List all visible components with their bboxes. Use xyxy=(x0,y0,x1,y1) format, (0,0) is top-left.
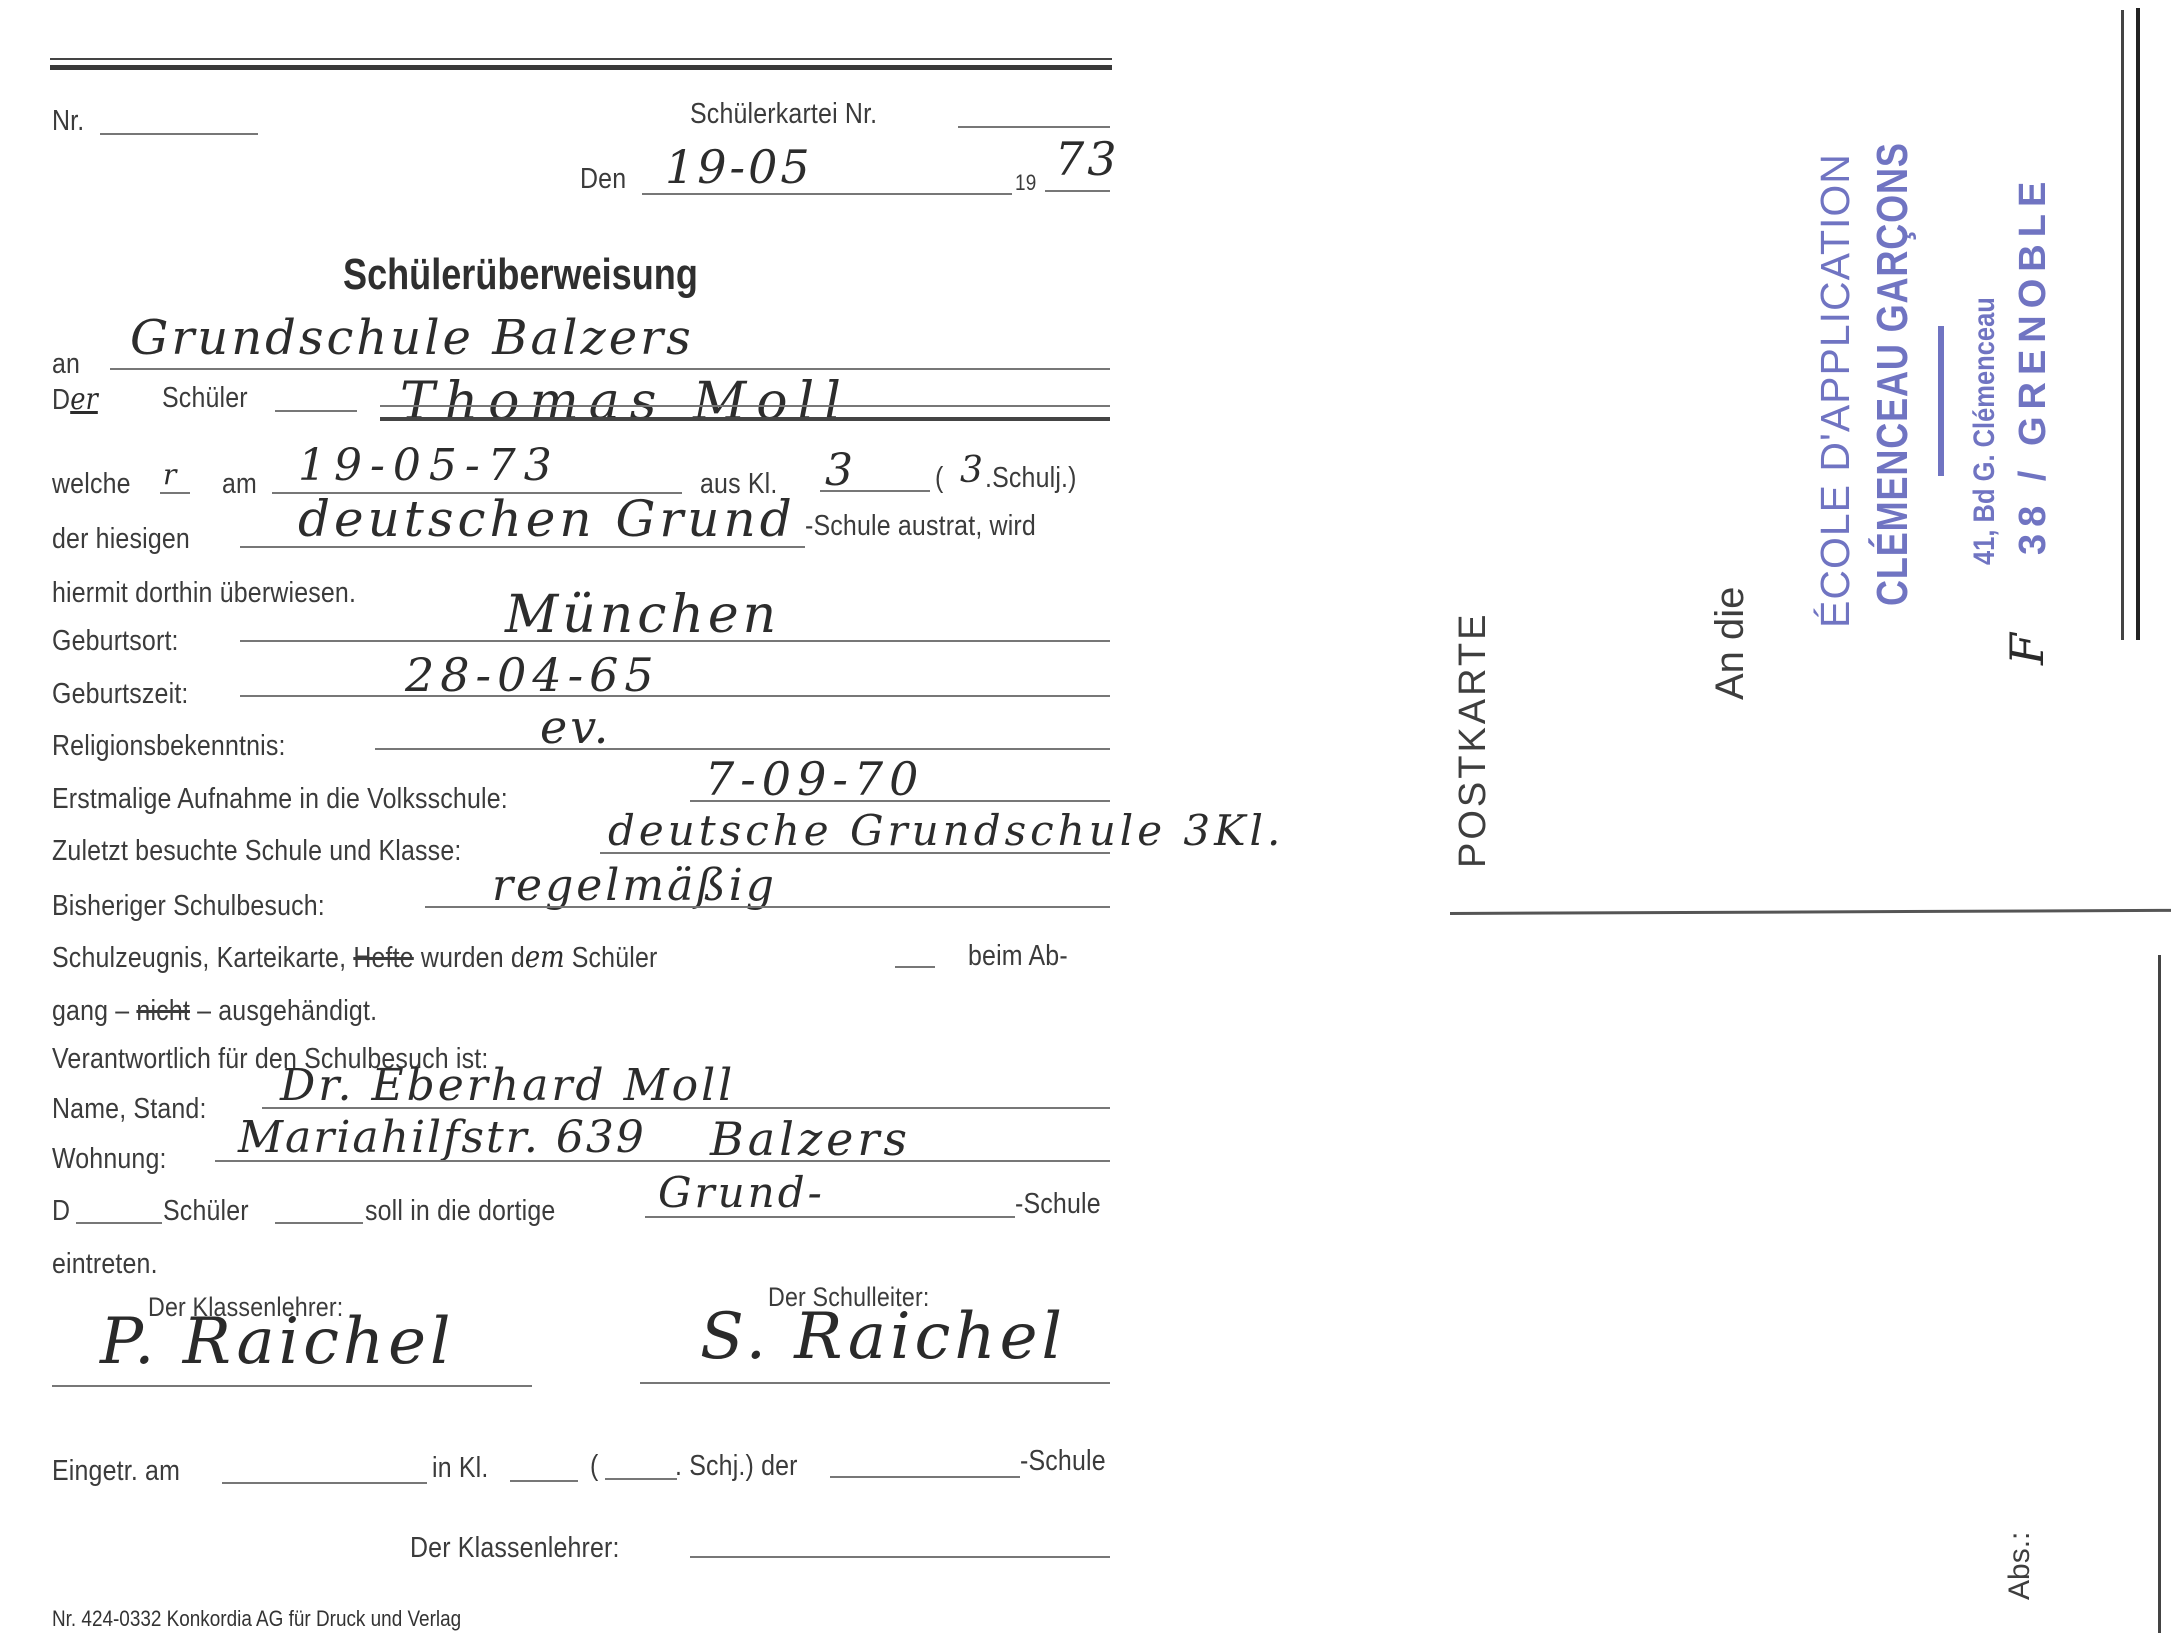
hiesigen-field-line xyxy=(240,546,805,548)
dortige-value: Grund- xyxy=(658,1168,825,1217)
zeugnis-text-c: Schüler xyxy=(572,942,658,974)
der-label: Der xyxy=(52,382,98,417)
zeugnis-line-2: gang – nicht – ausgehändigt. xyxy=(52,995,377,1028)
an-field-line xyxy=(110,368,1110,370)
schueler-name: Thomas Moll xyxy=(400,372,851,432)
bisheriger-label: Bisheriger Schulbesuch: xyxy=(52,890,325,923)
schueler-field-underline xyxy=(380,417,1110,421)
zeugnis-text-d: beim Ab- xyxy=(968,940,1068,973)
sender-line xyxy=(2158,955,2161,1633)
austritt-date: 19-05-73 xyxy=(298,440,560,491)
aufnahme-label: Erstmalige Aufnahme in die Volksschule: xyxy=(52,783,508,816)
an-label: an xyxy=(52,348,80,381)
sender-label: Abs.: xyxy=(2003,1532,2037,1600)
stamp-line-3: 41, Bd G. Clémenceau xyxy=(1968,297,2002,565)
zeugnis-text-b: wurden d xyxy=(421,942,525,974)
religion-value: ev. xyxy=(540,700,611,754)
zeugnis-hand-dem: em xyxy=(525,940,565,975)
schueler-field-line xyxy=(380,405,1110,407)
date-value: 19-05 xyxy=(665,140,813,194)
top-rule-thick xyxy=(50,65,1112,70)
geburtszeit-field-line xyxy=(240,695,1110,697)
klassenlehrer-signature: P. Raichel xyxy=(100,1305,454,1379)
kartei-field-line xyxy=(958,126,1110,128)
postcard-divider xyxy=(1450,909,2171,915)
an-die-label: An die xyxy=(1708,587,1753,700)
kartei-label: Schülerkartei Nr. xyxy=(690,98,877,131)
wohnung-label: Wohnung: xyxy=(52,1143,167,1176)
welche-field-line xyxy=(160,492,190,494)
geburtszeit-value: 28-04-65 xyxy=(405,648,660,702)
bisheriger-field-line xyxy=(425,906,1110,908)
dortige-schule: -Schule xyxy=(1015,1188,1101,1221)
name-stand-field-line xyxy=(262,1107,1110,1109)
stamp-underline xyxy=(1938,326,1944,476)
schule-austrat-label: -Schule austrat, wird xyxy=(805,510,1036,543)
schulj-value: 3 xyxy=(960,450,986,491)
nr-field-line xyxy=(100,133,258,135)
dortige-d: D xyxy=(52,1195,70,1228)
dortige-schueler-line xyxy=(275,1222,363,1224)
postkarte-heading: POSTKARTE xyxy=(1452,612,1495,868)
wohnung-street: Mariahilfstr. 639 xyxy=(238,1112,646,1163)
zuletzt-value: deutsche Grundschule 3Kl. xyxy=(608,806,1284,855)
klasse-value: 3 xyxy=(825,445,856,496)
klasse-field-line xyxy=(820,490,930,492)
name-stand-label: Name, Stand: xyxy=(52,1093,207,1126)
schulj-open: ( xyxy=(935,462,943,495)
hiermit-label: hiermit dorthin überwiesen. xyxy=(52,577,356,610)
eingetr-schj-line xyxy=(605,1478,677,1480)
year-suffix: 73 xyxy=(1055,132,1120,186)
eingetr-schule-line xyxy=(830,1476,1020,1478)
zeugnis-struck-hefte: Hefte xyxy=(353,942,413,974)
zeugnis-text-a: Schulzeugnis, Karteikarte, xyxy=(52,942,346,974)
dortige-field-line xyxy=(645,1216,1015,1218)
religion-label: Religionsbekenntnis: xyxy=(52,730,286,763)
stamp-line-1: ÉCOLE D'APPLICATION xyxy=(1812,153,1859,628)
am-label: am xyxy=(222,468,257,501)
stamp-box-line-left xyxy=(2121,10,2124,640)
top-rule-thin xyxy=(50,58,1112,60)
geburtsort-field-line xyxy=(240,640,1110,642)
hiesigen-value: deutschen Grund xyxy=(298,490,796,548)
dortige-d-line xyxy=(76,1222,162,1224)
schulleiter-sig-line xyxy=(640,1382,1110,1384)
zeugnis-short-line xyxy=(895,966,935,968)
klassenlehrer-sig-line xyxy=(52,1385,532,1387)
zeugnis-line-1: Schulzeugnis, Karteikarte, Hefte wurden … xyxy=(52,940,658,975)
eingetr-kl-line xyxy=(510,1480,578,1482)
zeugnis-text-2b: – ausgehändigt. xyxy=(197,995,377,1027)
schulleiter-signature: S. Raichel xyxy=(700,1300,1066,1374)
hiesigen-label: der hiesigen xyxy=(52,523,190,556)
form-title: Schülerüberweisung xyxy=(343,250,698,300)
eintreten-label: eintreten. xyxy=(52,1248,158,1281)
wohnung-field-line xyxy=(215,1160,1110,1162)
geburtsort-value: München xyxy=(505,585,780,645)
dortige-schueler: Schüler xyxy=(163,1195,249,1228)
dortige-soll: soll in die dortige xyxy=(365,1195,555,1228)
eingetr-schule: -Schule xyxy=(1020,1445,1106,1478)
an-value: Grundschule Balzers xyxy=(130,310,694,366)
schueler-short-line xyxy=(275,410,357,412)
eingetr-date-line xyxy=(222,1482,427,1484)
der-hand: er xyxy=(70,382,98,417)
den-label: Den xyxy=(580,163,626,196)
eingetr-schj-label: . Schj.) der xyxy=(675,1450,798,1483)
year-field-line xyxy=(1045,190,1110,192)
religion-field-line xyxy=(375,748,1110,750)
schulj-label: .Schulj.) xyxy=(985,462,1077,495)
country-mark: F xyxy=(2000,633,2054,665)
stamp-line-2: CLÉMENCEAU GARÇONS xyxy=(1868,142,1918,606)
stamp-line-4: 38 / GRENOBLE xyxy=(2012,175,2055,555)
geburtszeit-label: Geburtszeit: xyxy=(52,678,189,711)
eingetr-inkl: in Kl. xyxy=(432,1452,488,1485)
name-stand-value: Dr. Eberhard Moll xyxy=(280,1060,735,1111)
bisheriger-value: regelmäßig xyxy=(492,860,777,911)
zuletzt-field-line xyxy=(600,852,1110,854)
stamp-box-line-right xyxy=(2136,8,2140,640)
eingetr-schj-open: ( xyxy=(590,1450,598,1483)
form-footer: Nr. 424-0332 Konkordia AG für Druck und … xyxy=(52,1606,461,1632)
aufnahme-field-line xyxy=(690,800,1110,802)
eingetr-label: Eingetr. am xyxy=(52,1455,180,1488)
welche-label: welche xyxy=(52,468,131,501)
schueler-label: Schüler xyxy=(162,382,248,415)
zuletzt-label: Zuletzt besuchte Schule und Klasse: xyxy=(52,835,461,868)
der-prefix: D xyxy=(52,384,70,416)
year-prefix: 19 xyxy=(1015,170,1036,196)
aufnahme-value: 7-09-70 xyxy=(705,752,924,806)
geburtsort-label: Geburtsort: xyxy=(52,625,179,658)
zeugnis-text-2a: gang – xyxy=(52,995,129,1027)
klassenlehrer2-line xyxy=(690,1556,1110,1558)
date-field-line xyxy=(642,193,1012,195)
wohnung-town: Balzers xyxy=(710,1112,911,1166)
zeugnis-struck-nicht: nicht xyxy=(136,995,190,1027)
welche-hand: r xyxy=(163,458,179,491)
nr-label: Nr. xyxy=(52,105,84,138)
klassenlehrer2-label: Der Klassenlehrer: xyxy=(410,1532,620,1565)
